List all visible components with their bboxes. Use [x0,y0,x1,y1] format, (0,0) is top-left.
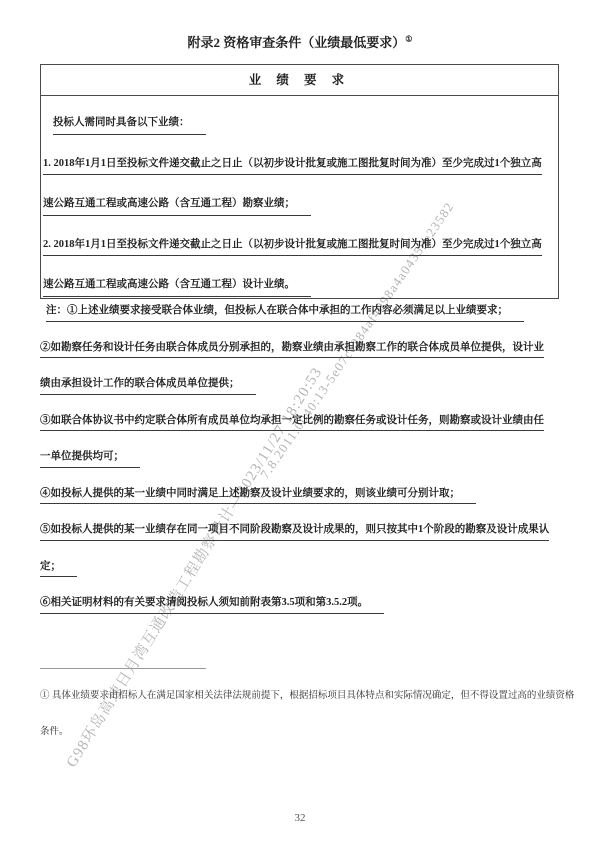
note-line: ④如投标人提供的某一业绩中同时满足上述勘察及设计业绩要求的，则该业绩可分别计取； [40,486,562,505]
title-footnote-marker: ① [405,35,412,44]
page-title: 附录2 资格审查条件（业绩最低要求）① [0,32,600,51]
page-title-text: 附录2 资格审查条件（业绩最低要求） [188,35,406,50]
page-number: 32 [0,812,600,824]
table-row: 2. 2018年1月1日至投标文件递交截止之日止（以初步设计批复或施工图批复时间… [43,237,556,257]
note-line: 定； [40,559,562,578]
body-line-2: 1. 2018年1月1日至投标文件递交截止之日止（以初步设计批复或施工图批复时间… [43,156,542,176]
table-row: 速公路互通工程或高速公路（含互通工程）勘察业绩； [43,196,556,216]
note-line: 一单位提供均可； [40,449,562,468]
note-3b: 一单位提供均可； [40,449,140,468]
table-row: 速公路互通工程或高速公路（含互通工程）设计业绩。 [43,277,556,297]
note-line: ⑤如投标人提供的某一业绩存在同一项目不同阶段勘察及设计成果的，则只按其中1个阶段… [40,522,562,541]
qualification-table: 业 绩 要 求 投标人需同时具备以下业绩： 1. 2018年1月1日至投标文件递… [40,64,559,299]
note-line: 注：①上述业绩要求接受联合体业绩，但投标人在联合体中承担的工作内容必须满足以上业… [40,303,562,322]
note-line: 绩由承担设计工作的联合体成员单位提供； [40,376,562,395]
note-2b: 绩由承担设计工作的联合体成员单位提供； [40,376,256,395]
note-3a: ③如联合体协议书中约定联合体所有成员单位均承担一定比例的勘察任务或设计任务，则勘… [40,413,544,432]
note-5b: 定； [40,559,77,578]
body-line-1: 投标人需同时具备以下业绩： [53,115,206,135]
note-line: ⑥相关证明材料的有关要求请阅投标人须知前附表第3.5项和第3.5.2项。 [40,595,562,614]
note-2a: ②如勘察任务和设计任务由联合体成员分别承担的，勘察业绩由承担勘察工作的联合体成员… [40,340,544,359]
table-body: 投标人需同时具备以下业绩： 1. 2018年1月1日至投标文件递交截止之日止（以… [41,96,558,297]
note-1: 注：①上述业绩要求接受联合体业绩，但投标人在联合体中承担的工作内容必须满足以上业… [46,303,524,322]
footnote-line-1: ① 具体业绩要求由招标人在满足国家相关法律法规前提下，根据招标项目具体特点和实际… [40,690,562,703]
body-line-5: 速公路互通工程或高速公路（含互通工程）设计业绩。 [43,277,311,297]
note-line: ②如勘察任务和设计任务由联合体成员分别承担的，勘察业绩由承担勘察工作的联合体成员… [40,340,562,359]
document-page: G98环岛高速日月湾互通改造工程勘察设计—2023/11/27 18:20:53… [0,0,600,849]
table-header-performance-requirements: 业 绩 要 求 [41,65,558,96]
footnote-line-2: 条件。 [40,726,562,739]
note-5a: ⑤如投标人提供的某一业绩存在同一项目不同阶段勘察及设计成果的，则只按其中1个阶段… [40,522,549,541]
table-row: 投标人需同时具备以下业绩： [43,115,556,135]
note-6: ⑥相关证明材料的有关要求请阅投标人须知前附表第3.5项和第3.5.2项。 [40,595,384,614]
body-line-4: 2. 2018年1月1日至投标文件递交截止之日止（以初步设计批复或施工图批复时间… [43,237,542,257]
footnote-section: ① 具体业绩要求由招标人在满足国家相关法律法规前提下，根据招标项目具体特点和实际… [40,690,562,762]
note-4: ④如投标人提供的某一业绩中同时满足上述勘察及设计业绩要求的，则该业绩可分别计取； [40,486,476,505]
table-row: 1. 2018年1月1日至投标文件递交截止之日止（以初步设计批复或施工图批复时间… [43,156,556,176]
note-line: ③如联合体协议书中约定联合体所有成员单位均承担一定比例的勘察任务或设计任务，则勘… [40,413,562,432]
body-line-3: 速公路互通工程或高速公路（含互通工程）勘察业绩； [43,196,311,216]
footnote-divider [40,668,206,669]
notes-section: 注：①上述业绩要求接受联合体业绩，但投标人在联合体中承担的工作内容必须满足以上业… [40,303,562,632]
